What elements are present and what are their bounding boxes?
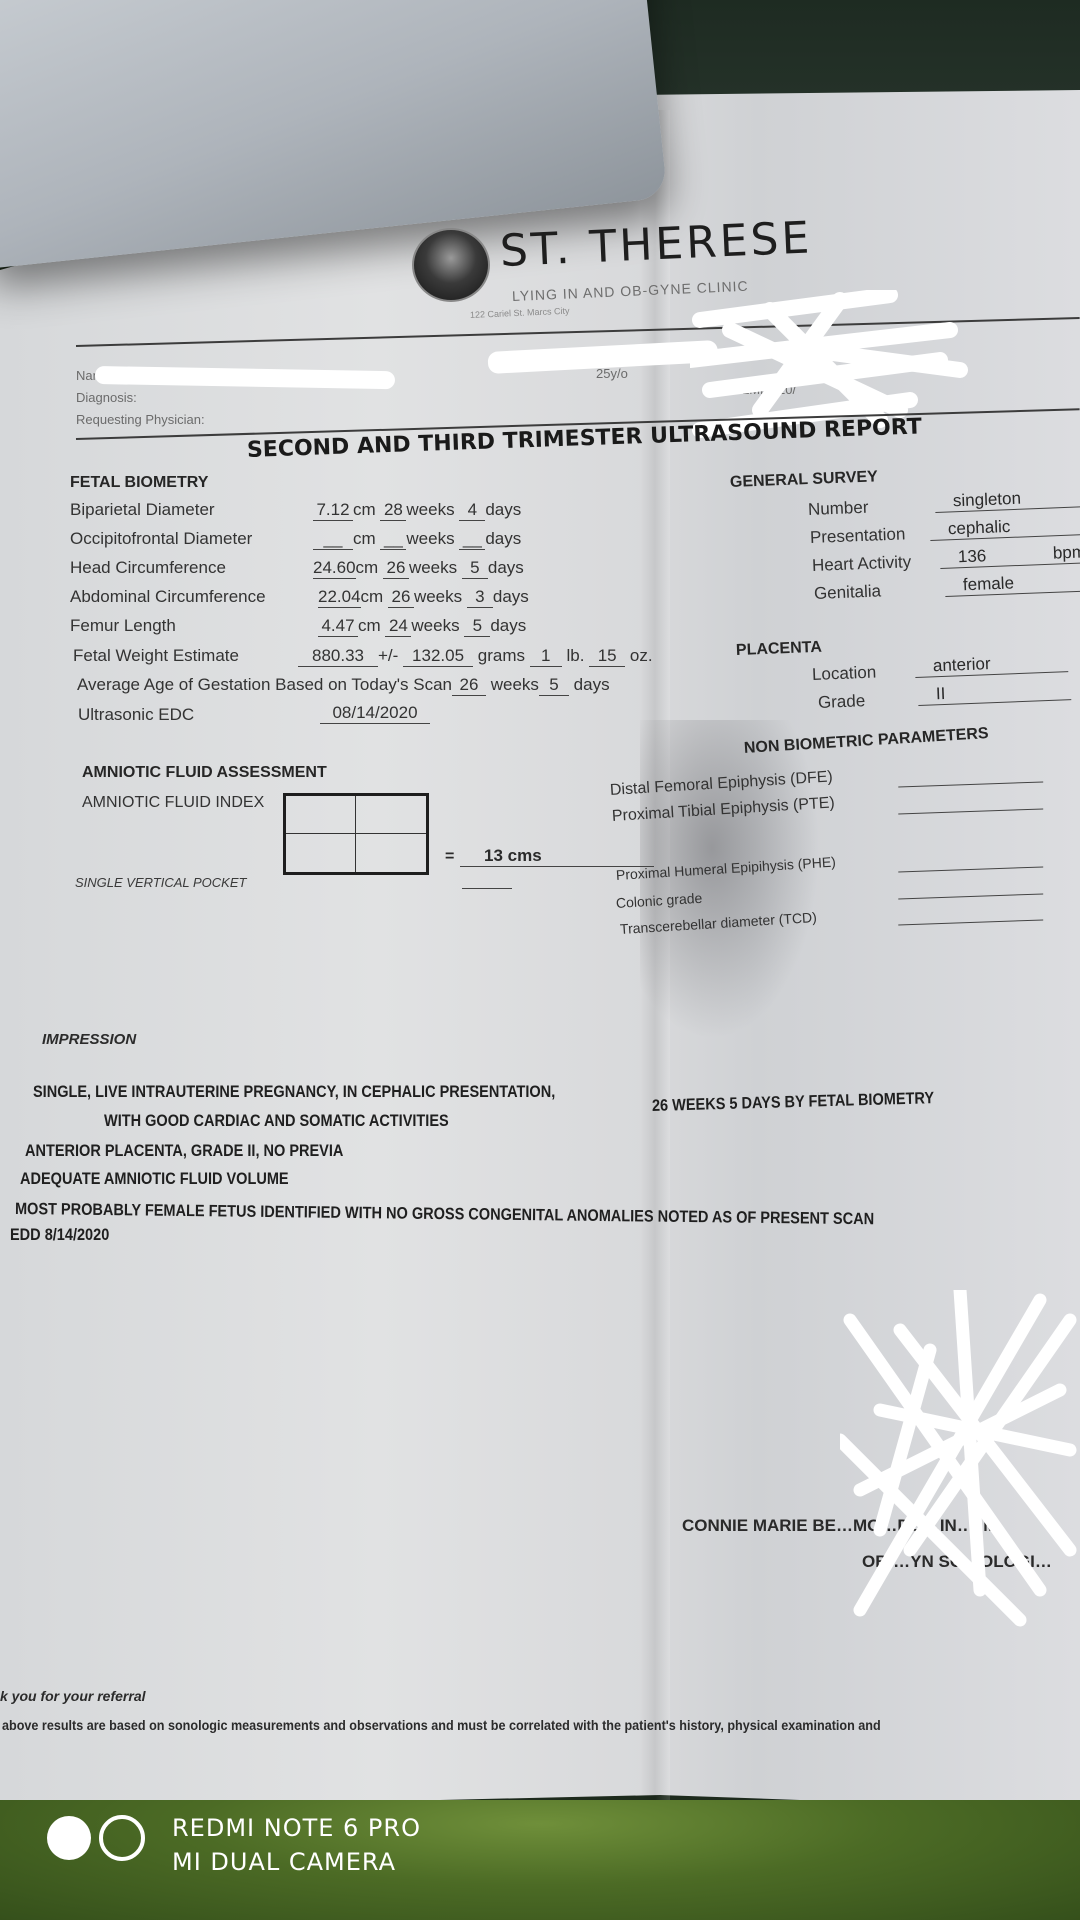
cm-value: 24.60 bbox=[313, 558, 356, 579]
biometry-row-value: 4.47cm 24weeks 5days bbox=[318, 616, 526, 637]
non-biometric-value bbox=[898, 794, 1043, 814]
cm-unit: cm bbox=[356, 558, 379, 577]
biometry-row-value: 7.12cm 28weeks 4days bbox=[313, 500, 521, 521]
biometry-row-label: Head Circumference bbox=[70, 558, 226, 578]
afi-quadrant bbox=[356, 796, 426, 834]
weeks-unit: weeks bbox=[406, 529, 454, 548]
impression-line-5: MOST PROBABLY FEMALE FETUS IDENTIFIED WI… bbox=[15, 1200, 874, 1229]
biometry-row-label: Abdominal Circumference bbox=[70, 587, 266, 607]
days-value: 5 bbox=[462, 558, 488, 579]
afi-quadrant-grid bbox=[283, 793, 429, 875]
non-biometric-value bbox=[898, 905, 1043, 925]
signature-redaction-scribble bbox=[840, 1290, 1080, 1630]
general-survey-label: Genitalia bbox=[814, 581, 882, 604]
average-age-text: Average Age of Gestation Based on Today'… bbox=[77, 675, 452, 694]
weeks-unit: weeks bbox=[411, 616, 459, 635]
placenta-value: anterior bbox=[915, 651, 1069, 678]
average-age-weeks: 26 bbox=[452, 675, 486, 696]
placenta-label: Grade bbox=[818, 691, 866, 713]
grams-unit: grams bbox=[478, 646, 525, 665]
weeks-value: __ bbox=[380, 529, 406, 550]
lb-unit: lb. bbox=[566, 646, 584, 665]
cm-value: 4.47 bbox=[318, 616, 358, 637]
afi-label: AMNIOTIC FLUID INDEX bbox=[82, 794, 264, 812]
days-unit: days bbox=[485, 500, 521, 519]
referral-thanks: k you for your referral bbox=[0, 1688, 146, 1704]
general-survey-value: singleton bbox=[935, 486, 1080, 513]
edc-label: Ultrasonic EDC bbox=[78, 705, 194, 725]
placenta-value-text: anterior bbox=[915, 651, 1069, 678]
biometry-row-label: Occipitofrontal Diameter bbox=[70, 529, 252, 549]
clinic-logo-icon bbox=[412, 228, 490, 302]
cm-unit: cm bbox=[353, 529, 376, 548]
camera-watermark bbox=[47, 1815, 145, 1861]
cm-unit: cm bbox=[353, 500, 376, 519]
non-biometric-label: Colonic grade bbox=[616, 890, 703, 911]
cm-value: __ bbox=[313, 529, 353, 550]
impression-line-1: SINGLE, LIVE INTRAUTERINE PREGNANCY, IN … bbox=[33, 1083, 555, 1102]
non-biometric-value bbox=[898, 767, 1043, 787]
afi-quadrant bbox=[356, 834, 426, 872]
non-biometric-label: Transcerebellar diameter (TCD) bbox=[620, 909, 818, 937]
ultrasound-report: ST. THERESE LYING IN AND OB-GYNE CLINIC … bbox=[0, 0, 1080, 1920]
non-biometric-label: Proximal Tibial Epiphysis (PTE) bbox=[611, 794, 835, 826]
camera-dot-ring-icon bbox=[99, 1815, 145, 1861]
placenta-value: II bbox=[918, 679, 1072, 706]
edc-date: 08/14/2020 bbox=[320, 703, 430, 724]
days-unit: days bbox=[574, 675, 610, 694]
general-survey-value: female bbox=[945, 570, 1080, 597]
watermark-device: REDMI NOTE 6 PRO bbox=[172, 1814, 421, 1842]
requesting-physician-label: Requesting Physician: bbox=[76, 412, 205, 427]
report-title: SECOND AND THIRD TRIMESTER ULTRASOUND RE… bbox=[247, 414, 923, 463]
placenta-label: Location bbox=[812, 663, 877, 685]
disclaimer: above results are based on sonologic mea… bbox=[2, 1717, 881, 1733]
general-survey-value: 136bpm bbox=[940, 542, 1080, 569]
cm-unit: cm bbox=[358, 616, 381, 635]
watermark-camera: MI DUAL CAMERA bbox=[172, 1848, 396, 1876]
afi-value: 13 cms bbox=[460, 846, 654, 867]
impression-line-2: WITH GOOD CARDIAC AND SOMATIC ACTIVITIES bbox=[104, 1112, 449, 1131]
afi-quadrant bbox=[286, 796, 356, 834]
survey-value-text: singleton bbox=[935, 486, 1080, 513]
impression-line-1b: 26 WEEKS 5 DAYS BY FETAL BIOMETRY bbox=[652, 1089, 934, 1116]
weeks-value: 28 bbox=[380, 500, 406, 521]
days-unit: days bbox=[493, 587, 529, 606]
general-survey-label: Heart Activity bbox=[812, 552, 912, 576]
weeks-unit: weeks bbox=[406, 500, 454, 519]
weeks-value: 26 bbox=[388, 587, 414, 608]
weeks-value: 24 bbox=[385, 616, 411, 637]
fetal-weight-grams: 880.33 bbox=[298, 646, 378, 667]
days-unit: days bbox=[488, 558, 524, 577]
average-age-days: 5 bbox=[539, 675, 569, 696]
impression-line-4: ADEQUATE AMNIOTIC FLUID VOLUME bbox=[20, 1170, 289, 1189]
impression-heading: IMPRESSION bbox=[42, 1031, 136, 1048]
non-biometric-heading: NON BIOMETRIC PARAMETERS bbox=[743, 725, 989, 758]
non-biometric-value bbox=[898, 852, 1043, 872]
cm-value: 22.04 bbox=[318, 587, 361, 608]
general-survey-heading: GENERAL SURVEY bbox=[730, 468, 878, 492]
placenta-heading: PLACENTA bbox=[736, 639, 823, 660]
days-value: 4 bbox=[459, 500, 485, 521]
impression-line-6: EDD 8/14/2020 bbox=[10, 1226, 109, 1245]
biometry-row-label: Biparietal Diameter bbox=[70, 500, 215, 520]
survey-value-text: female bbox=[945, 570, 1080, 597]
fetal-weight-error: 132.05 bbox=[403, 646, 473, 667]
cm-unit: cm bbox=[361, 587, 384, 606]
clinic-name: ST. THERESE bbox=[499, 212, 813, 277]
cm-value: 7.12 bbox=[313, 500, 353, 521]
svp-label: SINGLE VERTICAL POCKET bbox=[75, 875, 246, 890]
oz-unit: oz. bbox=[630, 646, 653, 665]
biometry-row-value: __cm __weeks __days bbox=[313, 529, 521, 550]
biometry-row-value: 22.04cm 26weeks 3days bbox=[318, 587, 529, 608]
edc-value: 08/14/2020 bbox=[320, 703, 430, 724]
fetal-weight-lb: 1 bbox=[530, 646, 562, 667]
fetal-weight-oz: 15 bbox=[589, 646, 625, 667]
plus-minus: +/- bbox=[378, 646, 398, 665]
fetal-weight-label: Fetal Weight Estimate bbox=[73, 646, 239, 666]
days-unit: days bbox=[485, 529, 521, 548]
non-biometric-value bbox=[898, 879, 1043, 899]
weeks-unit: weeks bbox=[409, 558, 457, 577]
impression-line-3: ANTERIOR PLACENTA, GRADE II, NO PREVIA bbox=[25, 1142, 343, 1161]
biometry-row-label: Femur Length bbox=[70, 616, 176, 636]
placenta-value-text: II bbox=[918, 679, 1072, 706]
days-value: 3 bbox=[467, 587, 493, 608]
fetal-biometry-heading: FETAL BIOMETRY bbox=[70, 474, 208, 492]
afi-equals: = bbox=[445, 848, 454, 866]
non-biometric-label: Distal Femoral Epiphysis (DFE) bbox=[609, 768, 833, 800]
patient-age-value: 25y/o bbox=[596, 366, 628, 381]
biometry-row-value: 24.60cm 26weeks 5days bbox=[313, 558, 524, 579]
fetal-weight-value: 880.33+/- 132.05 grams 1 lb. 15 oz. bbox=[298, 646, 653, 667]
days-value: 5 bbox=[464, 616, 490, 637]
bpm-unit: bpm bbox=[1053, 542, 1080, 562]
camera-dot-filled-icon bbox=[47, 1816, 91, 1860]
clinic-address: 122 Cariel St. Marcs City bbox=[470, 306, 570, 320]
weeks-unit: weeks bbox=[414, 587, 462, 606]
days-value: __ bbox=[459, 529, 485, 550]
diagnosis-label: Diagnosis: bbox=[76, 390, 137, 405]
general-survey-value: cephalic bbox=[930, 514, 1080, 541]
afi-quadrant bbox=[286, 834, 356, 872]
general-survey-label: Presentation bbox=[810, 524, 906, 548]
survey-value-text: cephalic bbox=[930, 514, 1080, 541]
weeks-unit: weeks bbox=[491, 675, 539, 694]
weeks-value: 26 bbox=[383, 558, 409, 579]
days-unit: days bbox=[490, 616, 526, 635]
average-age-label: Average Age of Gestation Based on Today'… bbox=[77, 675, 610, 696]
redaction-mark bbox=[95, 366, 395, 389]
amniotic-fluid-heading: AMNIOTIC FLUID ASSESSMENT bbox=[82, 764, 327, 782]
svp-value bbox=[462, 876, 512, 889]
general-survey-label: Number bbox=[808, 498, 869, 520]
